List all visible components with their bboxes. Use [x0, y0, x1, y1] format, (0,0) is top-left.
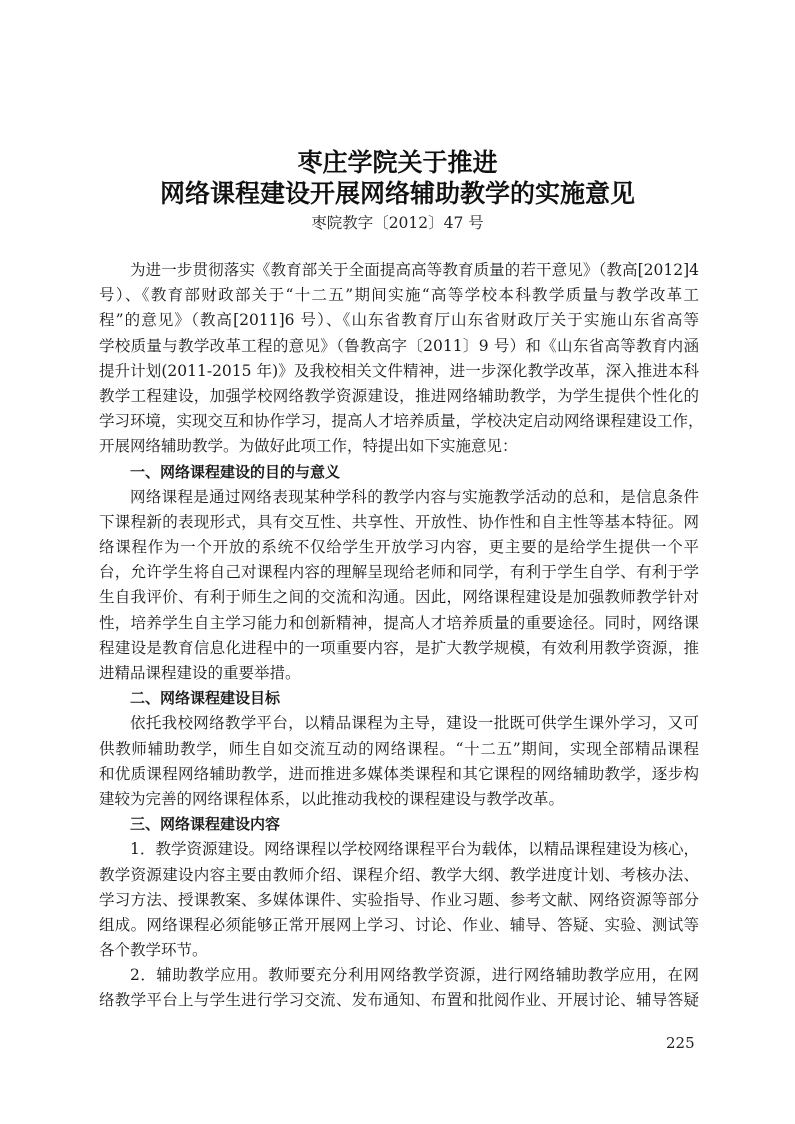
text-line: 性，培养学生自主学习能力和创新精神，提高人才培养质量的重要途径。同时，网络课 — [99, 611, 699, 636]
section-heading-2: 二、网络课程建设目标 — [99, 686, 699, 711]
text-line: 络课程作为一个开放的系统不仅给学生开放学习内容，更主要的是给学生提供一个平 — [99, 535, 699, 560]
text-line: 开展网络辅助教学。为做好此项工作，特提出如下实施意见： — [99, 434, 699, 459]
text-line: 学习方法、授课教案、多媒体课件、实验指导、作业习题、参考文献、网络资源等部分 — [99, 888, 699, 913]
text-line: 下课程新的表现形式，具有交互性、共享性、开放性、协作性和自主性等基本特征。网 — [99, 510, 699, 535]
text-line: 程建设是教育信息化进程中的一项重要内容，是扩大教学规模，有效利用教学资源，推 — [99, 636, 699, 661]
text-line: 为进一步贯彻落实《教育部关于全面提高高等教育质量的若干意见》（教高[2012]4 — [99, 258, 699, 283]
text-line: 建较为完善的网络课程体系，以此推动我校的课程建设与教学改革。 — [99, 787, 699, 812]
section-heading-3: 三、网络课程建设内容 — [99, 812, 699, 837]
text-line: 供教师辅助教学，师生自如交流互动的网络课程。“十二五”期间，实现全部精品课程 — [99, 737, 699, 762]
document-title-line-2: 网络课程建设开展网络辅助教学的实施意见 — [0, 174, 795, 210]
text-line: 网络课程是通过网络表现某种学科的教学内容与实施教学活动的总和，是信息条件 — [99, 485, 699, 510]
text-line: 进精品课程建设的重要举措。 — [99, 661, 699, 686]
document-body: 为进一步贯彻落实《教育部关于全面提高高等教育质量的若干意见》（教高[2012]4… — [99, 258, 699, 1014]
text-line: 台，允许学生将自己对课程内容的理解呈现给老师和同学，有利于学生自学、有利于学 — [99, 560, 699, 585]
text-line: 提升计划(2011-2015 年)》及我校相关文件精神，进一步深化教学改革，深入… — [99, 359, 699, 384]
text-line: 学校质量与教学改革工程的意见》（鲁教高字〔2011〕9 号）和《山东省高等教育内… — [99, 334, 699, 359]
text-line: 程”的意见》（教高[2011]6 号）、《山东省教育厅山东省财政厅关于实施山东省… — [99, 308, 699, 333]
text-line: 和优质课程网络辅助教学，进而推进多媒体类课程和其它课程的网络辅助教学，逐步构 — [99, 762, 699, 787]
text-line: 络教学平台上与学生进行学习交流、发布通知、布置和批阅作业、开展讨论、辅导答疑 — [99, 988, 699, 1013]
text-line: 1．教学资源建设。网络课程以学校网络课程平台为载体，以精品课程建设为核心， — [99, 837, 699, 862]
text-line: 2．辅助教学应用。教师要充分利用网络教学资源，进行网络辅助教学应用，在网 — [99, 963, 699, 988]
text-line: 教学资源建设内容主要由教师介绍、课程介绍、教学大纲、教学进度计划、考核办法、 — [99, 863, 699, 888]
text-line: 教学工程建设，加强学校网络教学资源建设，推进网络辅助教学，为学生提供个性化的 — [99, 384, 699, 409]
text-line: 依托我校网络教学平台，以精品课程为主导，建设一批既可供学生课外学习，又可 — [99, 711, 699, 736]
page-number: 225 — [666, 1034, 695, 1052]
text-line: 组成。网络课程必须能够正常开展网上学习、讨论、作业、辅导、答疑、实验、测试等 — [99, 913, 699, 938]
text-line: 号）、《教育部财政部关于“十二五”期间实施“高等学校本科教学质量与教学改革工 — [99, 283, 699, 308]
text-line: 生自我评价、有利于师生之间的交流和沟通。因此，网络课程建设是加强教师教学针对 — [99, 585, 699, 610]
document-number: 枣院教字〔2012〕47 号 — [0, 211, 795, 233]
section-heading-1: 一、网络课程建设的目的与意义 — [99, 460, 699, 485]
text-line: 学习环境，实现交互和协作学习，提高人才培养质量，学校决定启动网络课程建设工作， — [99, 409, 699, 434]
text-line: 各个教学环节。 — [99, 938, 699, 963]
